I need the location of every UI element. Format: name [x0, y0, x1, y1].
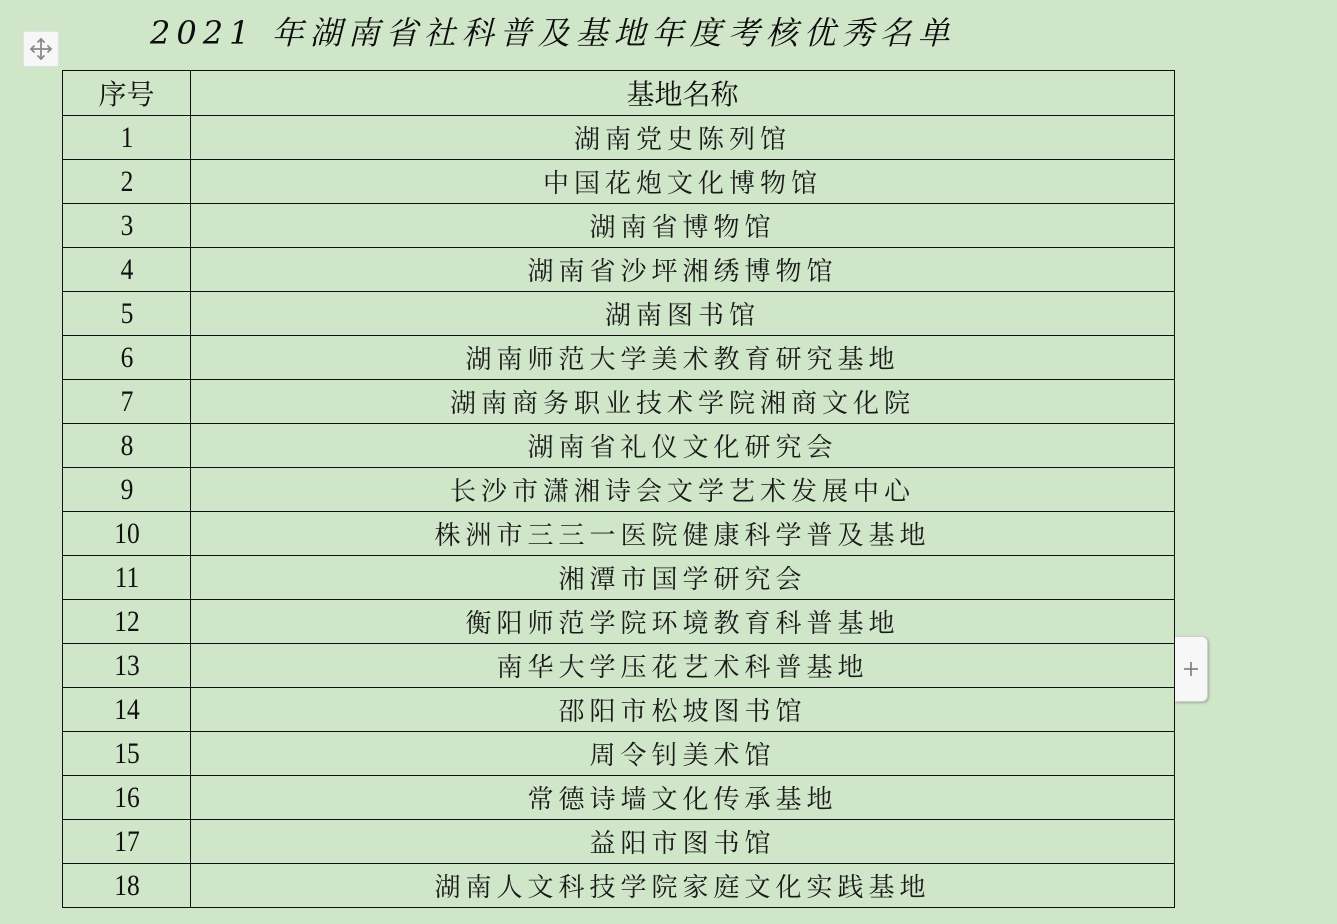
header-index: 序号 [63, 71, 191, 116]
table-row: 6湖南师范大学美术教育研究基地 [63, 336, 1175, 380]
row-base-name: 湖南师范大学美术教育研究基地 [191, 336, 1175, 380]
row-index: 7 [72, 380, 181, 424]
table-row: 3湖南省博物馆 [63, 204, 1175, 248]
row-index: 8 [72, 424, 181, 468]
table-row: 4湖南省沙坪湘绣博物馆 [63, 248, 1175, 292]
document-title: 2021 年湖南省社科普及基地年度考核优秀名单 [150, 8, 956, 58]
row-base-name: 湖南人文科技学院家庭文化实践基地 [191, 864, 1175, 908]
row-base-name: 湖南省沙坪湘绣博物馆 [191, 248, 1175, 292]
row-index: 3 [72, 204, 181, 248]
row-index: 16 [72, 776, 181, 820]
row-base-name: 湘潭市国学研究会 [191, 556, 1175, 600]
table-row: 16常德诗墙文化传承基地 [63, 776, 1175, 820]
row-base-name: 衡阳师范学院环境教育科普基地 [191, 600, 1175, 644]
move-arrows-icon [28, 36, 54, 62]
table-row: 1湖南党史陈列馆 [63, 116, 1175, 160]
table-header-row: 序号 基地名称 [63, 71, 1175, 116]
table-row: 7湖南商务职业技术学院湘商文化院 [63, 380, 1175, 424]
row-index: 4 [72, 248, 181, 292]
row-index: 2 [72, 160, 181, 204]
row-base-name: 中国花炮文化博物馆 [191, 160, 1175, 204]
table-row: 8湖南省礼仪文化研究会 [63, 424, 1175, 468]
row-index: 15 [72, 732, 181, 776]
row-base-name: 湖南商务职业技术学院湘商文化院 [191, 380, 1175, 424]
table-row: 10株洲市三三一医院健康科学普及基地 [63, 512, 1175, 556]
table-row: 14邵阳市松坡图书馆 [63, 688, 1175, 732]
add-column-button[interactable] [1175, 636, 1208, 702]
table-row: 9长沙市潇湘诗会文学艺术发展中心 [63, 468, 1175, 512]
header-name: 基地名称 [191, 71, 1175, 116]
row-base-name: 常德诗墙文化传承基地 [191, 776, 1175, 820]
row-base-name: 益阳市图书馆 [191, 820, 1175, 864]
row-base-name: 株洲市三三一医院健康科学普及基地 [191, 512, 1175, 556]
row-index: 5 [72, 292, 181, 336]
award-list-table: 序号 基地名称 1湖南党史陈列馆2中国花炮文化博物馆3湖南省博物馆4湖南省沙坪湘… [62, 70, 1175, 908]
table-move-handle[interactable] [23, 31, 59, 67]
table-row: 15周令钊美术馆 [63, 732, 1175, 776]
row-index: 13 [72, 644, 181, 688]
row-base-name: 湖南省博物馆 [191, 204, 1175, 248]
row-index: 17 [72, 820, 181, 864]
plus-icon [1182, 660, 1200, 678]
row-base-name: 湖南省礼仪文化研究会 [191, 424, 1175, 468]
table-row: 13南华大学压花艺术科普基地 [63, 644, 1175, 688]
table-row: 12衡阳师范学院环境教育科普基地 [63, 600, 1175, 644]
table-row: 18湖南人文科技学院家庭文化实践基地 [63, 864, 1175, 908]
row-base-name: 湖南图书馆 [191, 292, 1175, 336]
row-base-name: 湖南党史陈列馆 [191, 116, 1175, 160]
row-index: 6 [72, 336, 181, 380]
row-index: 12 [72, 600, 181, 644]
row-base-name: 长沙市潇湘诗会文学艺术发展中心 [191, 468, 1175, 512]
table-row: 11湘潭市国学研究会 [63, 556, 1175, 600]
row-index: 11 [72, 556, 181, 600]
table-row: 2中国花炮文化博物馆 [63, 160, 1175, 204]
row-index: 18 [72, 864, 181, 908]
row-index: 9 [72, 468, 181, 512]
table-row: 17益阳市图书馆 [63, 820, 1175, 864]
row-index: 14 [72, 688, 181, 732]
row-base-name: 邵阳市松坡图书馆 [191, 688, 1175, 732]
row-index: 10 [72, 512, 181, 556]
row-index: 1 [72, 116, 181, 160]
table-row: 5湖南图书馆 [63, 292, 1175, 336]
row-base-name: 南华大学压花艺术科普基地 [191, 644, 1175, 688]
row-base-name: 周令钊美术馆 [191, 732, 1175, 776]
